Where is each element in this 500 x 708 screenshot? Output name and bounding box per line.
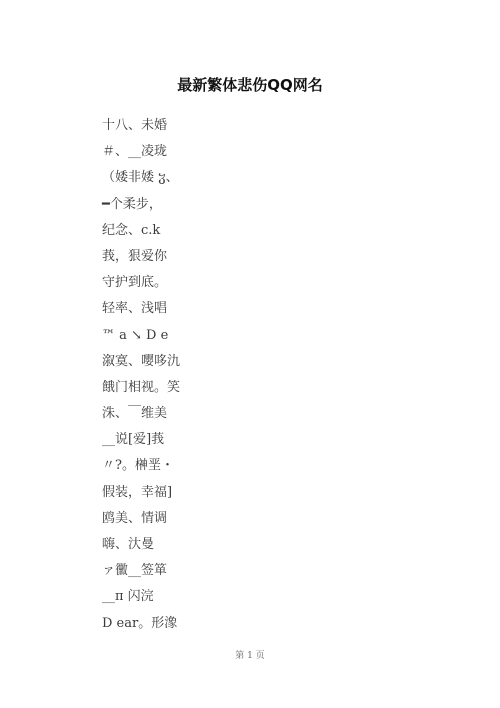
list-item: 莪，狠爱你 <box>102 244 180 270</box>
list-item: __π 闪浣 <box>102 584 180 610</box>
list-item: ァ黴__签箪 <box>102 558 180 584</box>
list-item: D ear。形潒 <box>102 611 180 637</box>
list-item: 〃?。榊垩・ <box>102 453 180 479</box>
document-title: 最新繁体悲伤QQ网名 <box>0 74 500 95</box>
list-item: ™ a ↘ D e <box>102 323 180 349</box>
list-item: 十八、未婚 <box>102 113 180 139</box>
list-item: 嗨、汏曼 <box>102 532 180 558</box>
list-item: 假装，幸福] <box>102 480 180 506</box>
list-item: （婑非婑 ჳ、 <box>102 165 180 191</box>
list-item: 溆寞、嘤哆氿 <box>102 349 180 375</box>
list-item: 守护到底。 <box>102 270 180 296</box>
list-item: 洙、￣维美 <box>102 401 180 427</box>
list-item: ━个柔步， <box>102 192 180 218</box>
list-item: 轻率、浅唱 <box>102 296 180 322</box>
list-item: 餓门相视。笑 <box>102 375 180 401</box>
page-number: 第 1 页 <box>0 648 500 661</box>
list-item: ＃、__凌珑 <box>102 139 180 165</box>
list-item: 纪念、c.k <box>102 218 180 244</box>
list-item: 鸥美、情调 <box>102 506 180 532</box>
name-list: 十八、未婚 ＃、__凌珑 （婑非婑 ჳ、 ━个柔步， 纪念、c.k 莪，狠爱你 … <box>102 113 180 637</box>
list-item: __说[爱]莪 <box>102 427 180 453</box>
